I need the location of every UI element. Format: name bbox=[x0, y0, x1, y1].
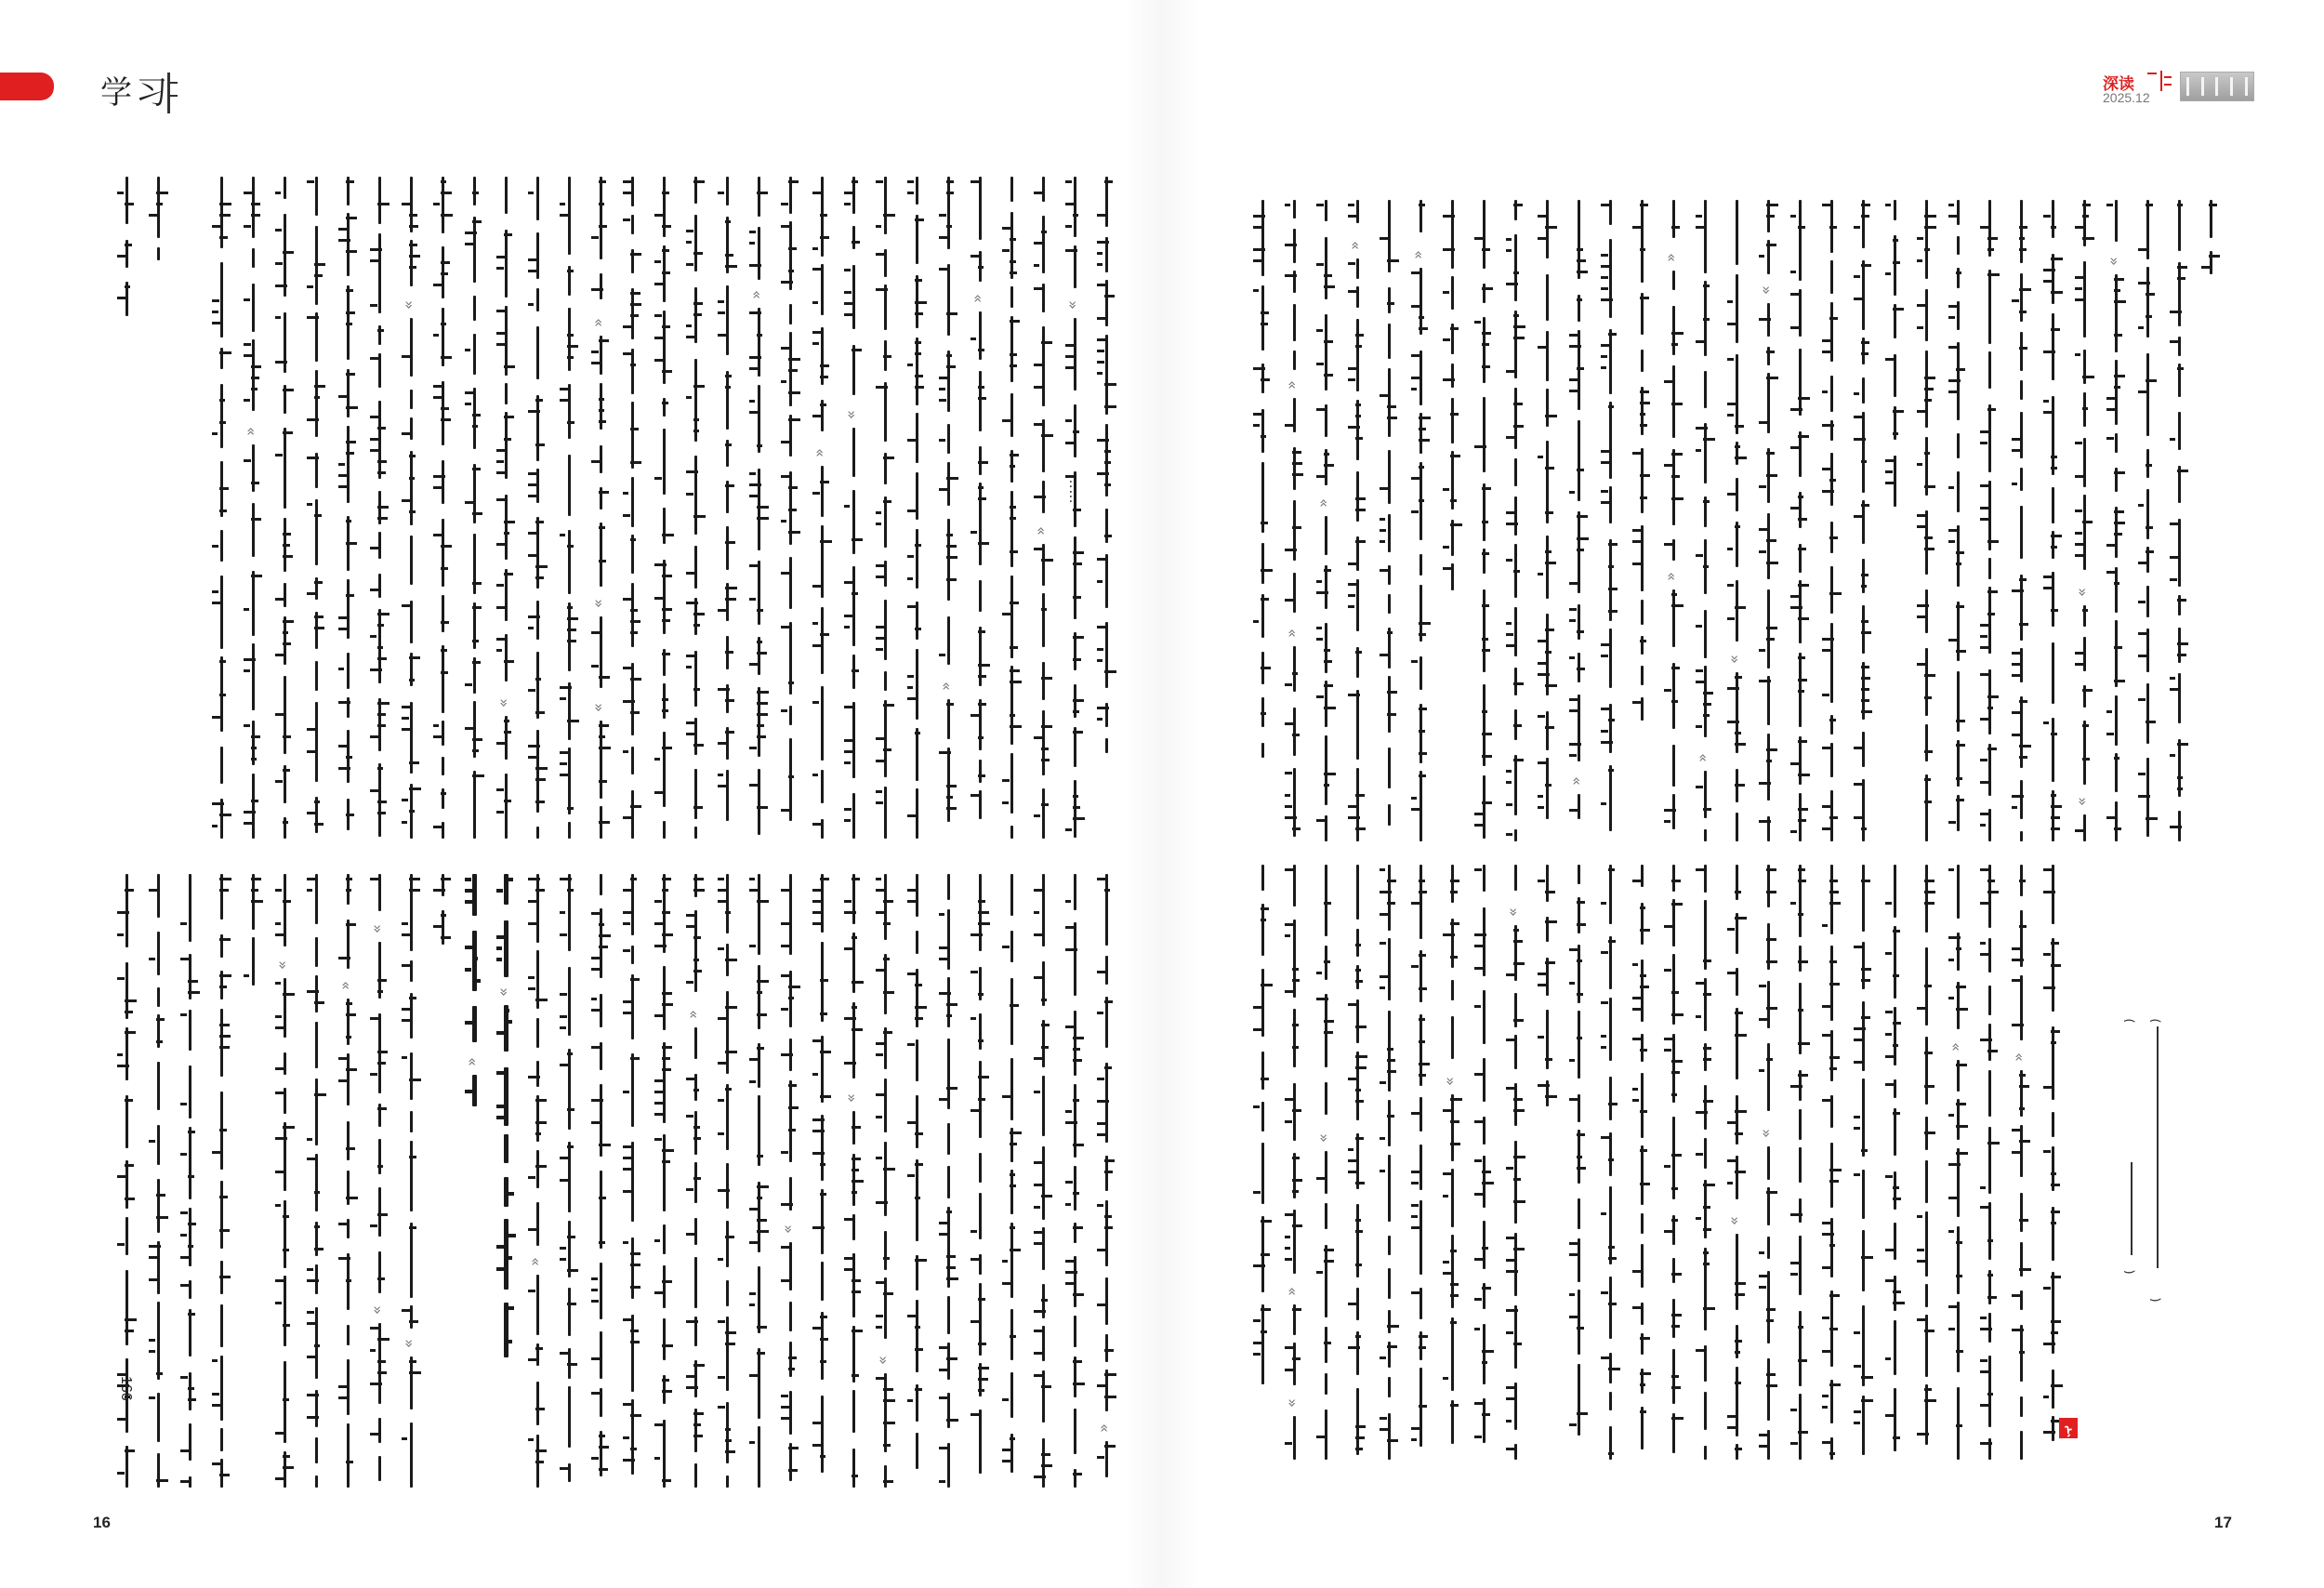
text-column bbox=[428, 874, 459, 1488]
text-column bbox=[1816, 865, 1848, 1460]
text-column bbox=[428, 177, 459, 839]
text-column bbox=[238, 874, 270, 1488]
text-column: » bbox=[1753, 200, 1785, 841]
text-column: » bbox=[1722, 200, 1753, 841]
text-column: »…… bbox=[1060, 177, 1091, 839]
text-column: « bbox=[459, 874, 491, 1488]
text-column: « bbox=[965, 177, 997, 839]
page-number-right: 17 bbox=[2214, 1514, 2232, 1532]
text-column bbox=[522, 177, 554, 839]
text-column bbox=[586, 874, 617, 1488]
magazine-logo bbox=[2180, 72, 2254, 101]
text-column bbox=[1974, 865, 2006, 1460]
text-column: « bbox=[680, 874, 712, 1488]
text-column bbox=[1848, 865, 1880, 1460]
text-column bbox=[965, 874, 997, 1488]
text-column bbox=[1595, 200, 1627, 841]
left-lower-text-block: 166»«»»»«»««»»»« bbox=[112, 874, 1125, 1488]
text-column bbox=[1469, 200, 1500, 841]
text-column bbox=[2164, 200, 2196, 841]
text-column bbox=[301, 177, 333, 839]
text-column: « bbox=[1342, 200, 1374, 841]
text-column: « bbox=[1690, 200, 1722, 841]
text-column: « bbox=[807, 177, 838, 839]
text-column: » bbox=[1500, 865, 1532, 1460]
magazine-spread: 学习 «»»«»»««»«««»…… 166»«»»»«»««»»»« 16 深… bbox=[0, 0, 2324, 1588]
text-column bbox=[270, 177, 301, 839]
text-column bbox=[1406, 865, 1437, 1460]
text-column: « bbox=[1311, 200, 1342, 841]
text-column: « bbox=[2006, 865, 2038, 1460]
text-column: « bbox=[1564, 200, 1595, 841]
text-column: « bbox=[1028, 177, 1060, 839]
text-column bbox=[1658, 865, 1690, 1460]
text-column bbox=[902, 874, 933, 1488]
text-column bbox=[554, 874, 586, 1488]
text-column: «» bbox=[1279, 865, 1311, 1460]
text-column bbox=[1911, 865, 1943, 1460]
text-column bbox=[902, 177, 933, 839]
inline-number: 166 bbox=[117, 1376, 134, 1401]
text-column bbox=[1532, 200, 1564, 841]
text-column: « bbox=[744, 177, 775, 839]
text-column: «« bbox=[1658, 200, 1690, 841]
section-tab-marker bbox=[0, 73, 54, 100]
article-attribution: ( ) ( ) bbox=[2124, 1013, 2180, 1311]
text-column: «« bbox=[1279, 200, 1311, 841]
text-column bbox=[1437, 200, 1469, 841]
right-lower-text-block: «»»»»»»«« bbox=[1248, 865, 2066, 1460]
text-column bbox=[1943, 200, 1974, 841]
right-page: 深读 2025.12 «««««««««»»»»» «»»»»»»«« ( ) … bbox=[1162, 0, 2324, 1588]
text-column: » bbox=[396, 177, 428, 839]
text-column: » bbox=[1311, 865, 1342, 1460]
text-column bbox=[1627, 865, 1658, 1460]
text-column bbox=[175, 874, 206, 1488]
text-column bbox=[1564, 865, 1595, 1460]
text-column: » bbox=[270, 874, 301, 1488]
text-column bbox=[1248, 865, 1279, 1460]
text-column bbox=[1816, 200, 1848, 841]
text-column bbox=[554, 177, 586, 839]
text-column bbox=[617, 874, 649, 1488]
text-column bbox=[744, 874, 775, 1488]
text-column bbox=[680, 177, 712, 839]
section-title: 学习 bbox=[100, 67, 171, 112]
text-column bbox=[997, 177, 1028, 839]
text-column bbox=[1532, 865, 1564, 1460]
text-column: « bbox=[333, 874, 364, 1488]
text-column bbox=[301, 874, 333, 1488]
text-column bbox=[1595, 865, 1627, 1460]
text-column: » bbox=[1722, 865, 1753, 1460]
text-column: » bbox=[775, 874, 807, 1488]
text-column bbox=[1785, 865, 1816, 1460]
text-column bbox=[712, 177, 744, 839]
page-number-left: 16 bbox=[93, 1514, 111, 1532]
text-column bbox=[649, 177, 680, 839]
text-column bbox=[933, 874, 965, 1488]
text-column bbox=[1880, 865, 1911, 1460]
text-column: » bbox=[1437, 865, 1469, 1460]
text-column bbox=[2133, 200, 2164, 841]
text-column bbox=[364, 177, 396, 839]
text-column: » bbox=[870, 874, 902, 1488]
text-column: » bbox=[838, 177, 870, 839]
text-column: « bbox=[1943, 865, 1974, 1460]
text-column bbox=[1911, 200, 1943, 841]
text-column bbox=[459, 177, 491, 839]
left-page: 学习 «»»«»»««»«««»…… 166»«»»»«»««»»»« 16 bbox=[0, 0, 1162, 1588]
article-end-mark: ᠨ bbox=[2059, 1418, 2078, 1438]
attribution-line-2: ( ) bbox=[2150, 1013, 2167, 1311]
text-column: « bbox=[1406, 200, 1437, 841]
text-column: 166 bbox=[112, 874, 143, 1488]
text-column bbox=[1848, 200, 1880, 841]
text-column bbox=[712, 874, 744, 1488]
text-column bbox=[1500, 200, 1532, 841]
text-column bbox=[1091, 177, 1123, 839]
text-column bbox=[1028, 874, 1060, 1488]
text-column: » bbox=[491, 177, 522, 839]
text-column bbox=[997, 874, 1028, 1488]
text-column bbox=[333, 177, 364, 839]
ellipsis-mark: …… bbox=[1065, 474, 1082, 504]
text-column bbox=[1627, 200, 1658, 841]
text-column: »» bbox=[2069, 200, 2101, 841]
text-column: « bbox=[238, 177, 270, 839]
text-column bbox=[2006, 200, 2038, 841]
text-column bbox=[206, 177, 238, 839]
text-column: «»» bbox=[586, 177, 617, 839]
text-column bbox=[870, 177, 902, 839]
right-upper-text-block: «««««««««»»»»» bbox=[1248, 200, 2224, 841]
text-column: « bbox=[522, 874, 554, 1488]
text-column bbox=[1974, 200, 2006, 841]
text-column bbox=[1060, 874, 1091, 1488]
text-column bbox=[1690, 865, 1722, 1460]
text-column bbox=[775, 177, 807, 839]
left-upper-text-block: «»»«»»««»«««»…… bbox=[112, 177, 1125, 839]
text-column bbox=[1342, 865, 1374, 1460]
text-column: « bbox=[933, 177, 965, 839]
text-column: » bbox=[838, 874, 870, 1488]
text-column: » bbox=[1753, 865, 1785, 1460]
text-column bbox=[1469, 865, 1500, 1460]
text-column bbox=[206, 874, 238, 1488]
text-column: » bbox=[491, 874, 522, 1488]
text-column bbox=[143, 177, 175, 839]
issue-date: 2025.12 bbox=[2103, 90, 2150, 105]
attribution-line-1: ( ) bbox=[2124, 1013, 2141, 1311]
text-column: « bbox=[1091, 874, 1123, 1488]
text-column bbox=[807, 874, 838, 1488]
text-column bbox=[112, 177, 143, 839]
text-column bbox=[617, 177, 649, 839]
text-column bbox=[649, 874, 680, 1488]
text-column: » bbox=[396, 874, 428, 1488]
text-column bbox=[2038, 200, 2069, 841]
text-column bbox=[2038, 865, 2069, 1460]
text-column bbox=[143, 874, 175, 1488]
text-column bbox=[1785, 200, 1816, 841]
text-column bbox=[1374, 865, 1406, 1460]
text-column bbox=[1248, 200, 1279, 841]
text-column bbox=[2196, 200, 2227, 841]
section-title-mongolian bbox=[167, 73, 181, 113]
text-column: »» bbox=[364, 874, 396, 1488]
text-column bbox=[1374, 200, 1406, 841]
text-column bbox=[1880, 200, 1911, 841]
text-column: » bbox=[2101, 200, 2133, 841]
